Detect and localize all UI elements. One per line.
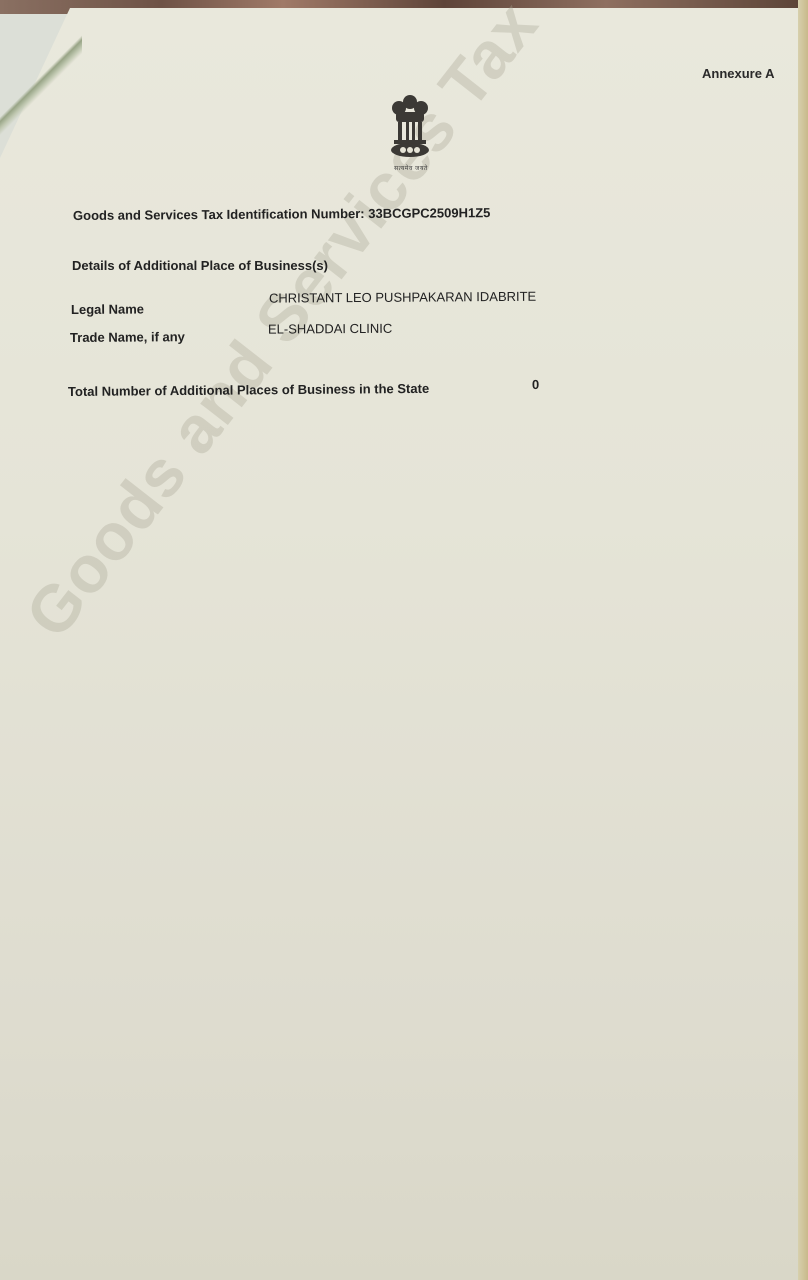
gstin-line: Goods and Services Tax Identification Nu… <box>73 205 490 223</box>
legal-name-label: Legal Name <box>71 301 144 317</box>
legal-name-value: CHRISTANT LEO PUSHPAKARAN IDABRITE <box>269 289 536 306</box>
annexure-label: Annexure A <box>702 66 774 81</box>
section-title: Details of Additional Place of Business(… <box>72 258 328 273</box>
trade-name-value: EL-SHADDAI CLINIC <box>268 321 392 337</box>
page-right-edge <box>798 0 808 1280</box>
state-emblem-icon <box>384 92 436 174</box>
total-places-value: 0 <box>532 377 539 392</box>
total-places-label: Total Number of Additional Places of Bus… <box>68 381 429 399</box>
emblem-motto: सत्यमेव जयते <box>388 164 434 172</box>
legal-name-row: Legal Name CHRISTANT LEO PUSHPAKARAN IDA… <box>71 296 591 318</box>
gstin-value: 33BCGPC2509H1Z5 <box>368 205 490 221</box>
trade-name-row: Trade Name, if any EL-SHADDAI CLINIC <box>70 324 590 346</box>
trade-name-label: Trade Name, if any <box>70 329 185 345</box>
gstin-label: Goods and Services Tax Identification Nu… <box>73 206 365 223</box>
